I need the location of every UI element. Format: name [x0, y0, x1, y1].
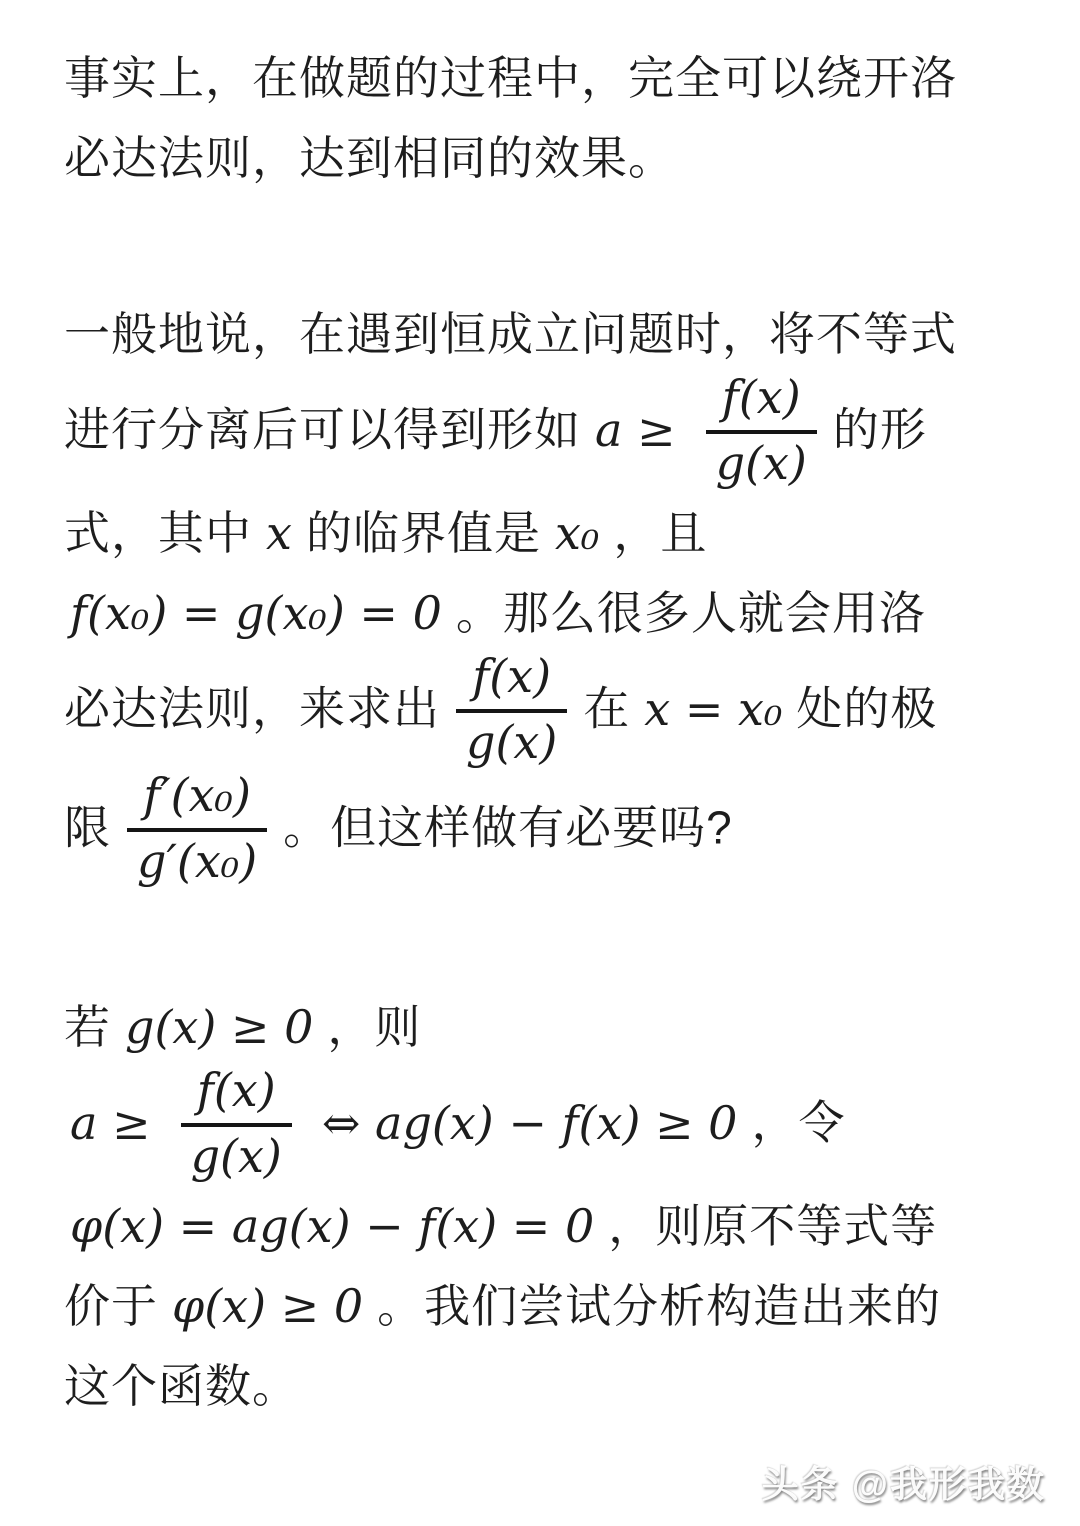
text-run: ，则: [327, 1001, 421, 1053]
text-line: 若g(x) ≥ 0，则: [64, 987, 1020, 1067]
text-run: 价于: [64, 1280, 158, 1332]
text-line: 必达法则，达到相同的效果。: [64, 118, 1020, 198]
fraction: f(x)g(x): [456, 649, 567, 768]
fraction: f′(x₀)g′(x₀): [127, 768, 267, 887]
fraction-denominator: g(x): [706, 434, 817, 490]
fraction-numerator: f(x): [456, 649, 567, 713]
fraction-numerator: f′(x₀): [127, 768, 267, 832]
text-run: 。但这样做有必要吗?: [283, 802, 733, 854]
text-run: ，且: [613, 507, 707, 559]
inline-math: g(x) ≥ 0: [125, 1000, 313, 1054]
text-line-with-fraction: 进行分离后可以得到形如a ≥f(x)g(x)的形: [64, 374, 1020, 493]
fraction: f(x)g(x): [706, 370, 817, 489]
text-run: 。我们尝试分析构造出来的: [377, 1280, 941, 1332]
text-line: 价于φ(x) ≥ 0。我们尝试分析构造出来的: [64, 1266, 1020, 1346]
fraction-denominator: g(x): [456, 713, 567, 769]
paragraph-2: 一般地说，在遇到恒成立问题时，将不等式 进行分离后可以得到形如a ≥f(x)g(…: [64, 294, 1020, 891]
text-run: 必达法则，来求出: [64, 683, 440, 735]
inline-math: a ≥: [70, 1096, 151, 1150]
text-line: f(x₀) = g(x₀) = 0。那么很多人就会用洛: [64, 573, 1020, 653]
text-line: 式，其中x的临界值是x₀，且: [64, 493, 1020, 573]
text-run: 在: [583, 683, 630, 735]
fraction: f(x)g(x): [181, 1063, 292, 1182]
inline-math: f(x₀) = g(x₀) = 0: [70, 586, 442, 640]
text-run: 。那么很多人就会用洛: [456, 587, 926, 639]
text-run: 式，其中: [64, 507, 252, 559]
text-run: 进行分离后可以得到形如: [64, 404, 581, 456]
inline-math: x = x₀: [644, 682, 782, 736]
text-run: ，令: [751, 1097, 845, 1149]
fraction-denominator: g′(x₀): [127, 832, 267, 888]
inline-math: a ≥: [595, 403, 676, 457]
watermark-toutiao: 头条 @我形我数: [762, 1454, 1046, 1508]
article-body: 事实上，在做题的过程中，完全可以绕开洛 必达法则，达到相同的效果。 一般地说，在…: [0, 0, 1080, 1426]
inline-math: x: [266, 506, 292, 560]
text-run: 若: [64, 1001, 111, 1053]
paragraph-3: 若g(x) ≥ 0，则 a ≥f(x)g(x)⇔ ag(x) − f(x) ≥ …: [64, 987, 1020, 1426]
text-line-with-fraction: 限f′(x₀)g′(x₀)。但这样做有必要吗?: [64, 772, 1020, 891]
fraction-numerator: f(x): [181, 1063, 292, 1127]
text-run: 处的极: [796, 683, 937, 735]
paragraph-1: 事实上，在做题的过程中，完全可以绕开洛 必达法则，达到相同的效果。: [64, 38, 1020, 198]
text-line: 事实上，在做题的过程中，完全可以绕开洛: [64, 38, 1020, 118]
text-run: 的临界值是: [306, 507, 541, 559]
inline-math: φ(x) ≥ 0: [172, 1279, 363, 1333]
inline-math: x₀: [555, 506, 599, 560]
text-line-with-fraction: a ≥f(x)g(x)⇔ ag(x) − f(x) ≥ 0，令: [64, 1067, 1020, 1186]
text-line: 这个函数。: [64, 1346, 1020, 1426]
text-line-with-fraction: 必达法则，来求出f(x)g(x)在x = x₀处的极: [64, 653, 1020, 772]
text-run: 的形: [833, 404, 927, 456]
text-line: φ(x) = ag(x) − f(x) = 0，则原不等式等: [64, 1186, 1020, 1266]
text-run: 限: [64, 802, 111, 854]
fraction-denominator: g(x): [181, 1127, 292, 1183]
text-line: 一般地说，在遇到恒成立问题时，将不等式: [64, 294, 1020, 374]
inline-math: ⇔ ag(x) − f(x) ≥ 0: [322, 1096, 738, 1150]
text-run: ，则原不等式等: [608, 1200, 937, 1252]
fraction-numerator: f(x): [706, 370, 817, 434]
inline-math: φ(x) = ag(x) − f(x) = 0: [70, 1199, 594, 1253]
